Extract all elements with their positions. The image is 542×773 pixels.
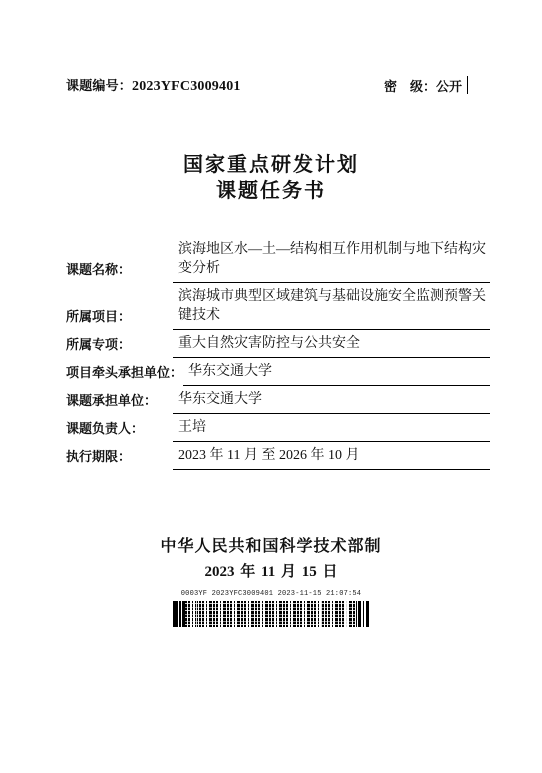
project-number-value: 2023YFC3009401: [132, 79, 241, 94]
security-level-label: 密 级：: [384, 76, 436, 95]
field-label: 课题承担单位：: [66, 391, 173, 414]
field-value: 滨海城市典型区域建筑与基础设施安全监测预警关键技术: [173, 287, 490, 330]
barcode-stop-pattern: [356, 601, 369, 627]
issue-date: 2023 年 11 月 15 日: [0, 560, 542, 581]
field-value: 重大自然灾害防控与公共安全: [173, 334, 490, 358]
document-page: 课题编号：2023YFC3009401 密 级：公开 国家重点研发计划 课题任务…: [0, 0, 542, 773]
document-title-line1: 国家重点研发计划: [0, 152, 542, 178]
field-label: 执行期限：: [66, 447, 173, 470]
field-value: 滨海地区水—土—结构相互作用机制与地下结构灾变分析: [173, 240, 490, 283]
document-header: 课题编号：2023YFC3009401 密 级：公开: [66, 75, 468, 95]
field-row-parent-project: 所属项目： 滨海城市典型区域建筑与基础设施安全监测预警关键技术: [66, 287, 490, 330]
field-label: 所属项目：: [66, 307, 173, 330]
barcode-start-pattern: [173, 601, 185, 627]
field-label: 课题名称：: [66, 260, 173, 283]
field-value: 2023 年 11 月 至 2026 年 10 月: [173, 446, 490, 470]
security-level: 密 级：公开: [384, 76, 468, 95]
field-row-execution-period: 执行期限： 2023 年 11 月 至 2026 年 10 月: [66, 446, 490, 470]
document-title-line2: 课题任务书: [0, 178, 542, 204]
vertical-mark: [467, 76, 468, 94]
field-label: 课题负责人：: [66, 419, 173, 442]
field-row-principal-investigator: 课题负责人： 王培: [66, 418, 490, 442]
field-row-undertaking-organization: 课题承担单位： 华东交通大学: [66, 390, 490, 414]
security-level-value: 公开: [436, 76, 462, 95]
project-number: 课题编号：2023YFC3009401: [66, 75, 241, 95]
barcode-text: 0003YF 2023YFC3009401 2023-11-15 21:07:5…: [181, 590, 361, 599]
barcode-bars: [173, 601, 369, 627]
field-value: 王培: [173, 418, 490, 442]
barcode-data-pattern: [185, 601, 356, 627]
field-label: 项目牵头承担单位：: [66, 363, 183, 386]
barcode: 0003YF 2023YFC3009401 2023-11-15 21:07:5…: [0, 590, 542, 627]
project-number-label: 课题编号：: [66, 78, 132, 93]
field-value: 华东交通大学: [173, 390, 490, 414]
issuer-line: 中华人民共和国科学技术部制: [0, 533, 542, 556]
field-label: 所属专项：: [66, 335, 173, 358]
field-value: 华东交通大学: [183, 362, 490, 386]
document-title: 国家重点研发计划 课题任务书: [0, 152, 542, 204]
field-row-lead-organization: 项目牵头承担单位： 华东交通大学: [66, 362, 490, 386]
field-row-special-program: 所属专项： 重大自然灾害防控与公共安全: [66, 334, 490, 358]
field-row-subject-name: 课题名称： 滨海地区水—土—结构相互作用机制与地下结构灾变分析: [66, 240, 490, 283]
fields-section: 课题名称： 滨海地区水—土—结构相互作用机制与地下结构灾变分析 所属项目： 滨海…: [66, 240, 490, 474]
